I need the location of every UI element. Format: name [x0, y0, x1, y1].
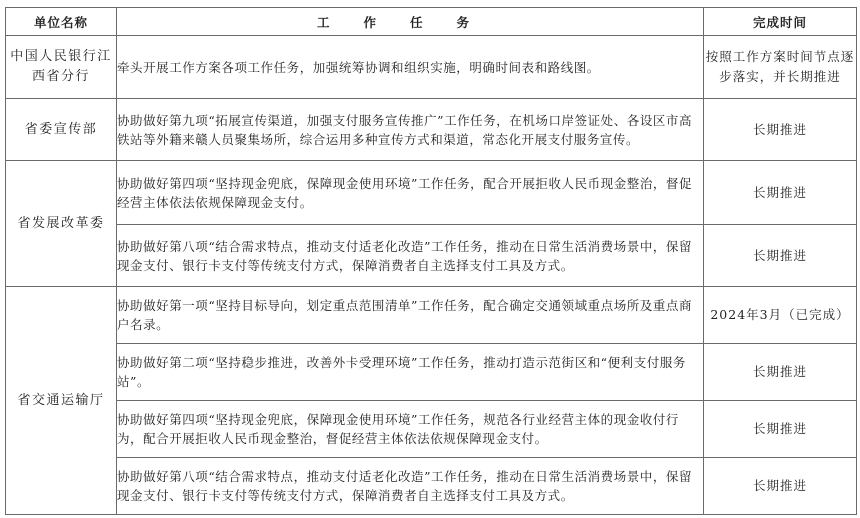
task-cell: 协助做好第二项“坚持稳步推进，改善外卡受理环境”工作任务，推动打造示范街区和“便…	[117, 344, 704, 401]
table-row: 协助做好第八项“结合需求特点，推动支付适老化改造”工作任务，推动在日常生活消费场…	[6, 225, 857, 287]
time-cell: 2024年3月（已完成）	[704, 287, 857, 344]
task-cell: 协助做好第四项“坚持现金兜底，保障现金使用环境”工作任务，规范各行业经营主体的现…	[117, 401, 704, 458]
task-cell: 协助做好第八项“结合需求特点，推动支付适老化改造”工作任务，推动在日常生活消费场…	[117, 225, 704, 287]
task-cell: 协助做好第四项“坚持现金兜底，保障现金使用环境”工作任务，配合开展拒收人民币现金…	[117, 161, 704, 225]
table-row: 省交通运输厅 协助做好第一项“坚持目标导向，划定重点范围清单”工作任务，配合确定…	[6, 287, 857, 344]
time-cell: 长期推进	[704, 458, 857, 515]
time-cell: 长期推进	[704, 99, 857, 161]
header-work-task: 工作任务	[117, 8, 704, 36]
unit-cell: 中国人民银行江西省分行	[6, 36, 117, 99]
table-row: 协助做好第二项“坚持稳步推进，改善外卡受理环境”工作任务，推动打造示范街区和“便…	[6, 344, 857, 401]
unit-cell: 省发展改革委	[6, 161, 117, 287]
table-row: 协助做好第四项“坚持现金兜底，保障现金使用环境”工作任务，规范各行业经营主体的现…	[6, 401, 857, 458]
task-cell: 协助做好第八项“结合需求特点，推动支付适老化改造”工作任务，推动在日常生活消费场…	[117, 458, 704, 515]
unit-cell: 省交通运输厅	[6, 287, 117, 515]
time-cell: 长期推进	[704, 344, 857, 401]
table-row: 省委宣传部 协助做好第九项“拓展宣传渠道，加强支付服务宣传推广”工作任务，在机场…	[6, 99, 857, 161]
time-cell: 长期推进	[704, 401, 857, 458]
header-unit-name: 单位名称	[6, 8, 117, 36]
task-assignment-table: 单位名称 工作任务 完成时间 中国人民银行江西省分行 牵头开展工作方案各项工作任…	[5, 7, 857, 515]
table-row: 协助做好第八项“结合需求特点，推动支付适老化改造”工作任务，推动在日常生活消费场…	[6, 458, 857, 515]
task-cell: 协助做好第一项“坚持目标导向，划定重点范围清单”工作任务，配合确定交通领域重点场…	[117, 287, 704, 344]
time-cell: 长期推进	[704, 225, 857, 287]
header-row: 单位名称 工作任务 完成时间	[6, 8, 857, 36]
task-cell: 牵头开展工作方案各项工作任务，加强统筹协调和组织实施，明确时间表和路线图。	[117, 36, 704, 99]
time-cell: 按照工作方案时间节点逐步落实，并长期推进	[704, 36, 857, 99]
unit-cell: 省委宣传部	[6, 99, 117, 161]
header-completion-time: 完成时间	[704, 8, 857, 36]
time-cell: 长期推进	[704, 161, 857, 225]
table-row: 中国人民银行江西省分行 牵头开展工作方案各项工作任务，加强统筹协调和组织实施，明…	[6, 36, 857, 99]
table-row: 省发展改革委 协助做好第四项“坚持现金兜底，保障现金使用环境”工作任务，配合开展…	[6, 161, 857, 225]
task-cell: 协助做好第九项“拓展宣传渠道，加强支付服务宣传推广”工作任务，在机场口岸签证处、…	[117, 99, 704, 161]
